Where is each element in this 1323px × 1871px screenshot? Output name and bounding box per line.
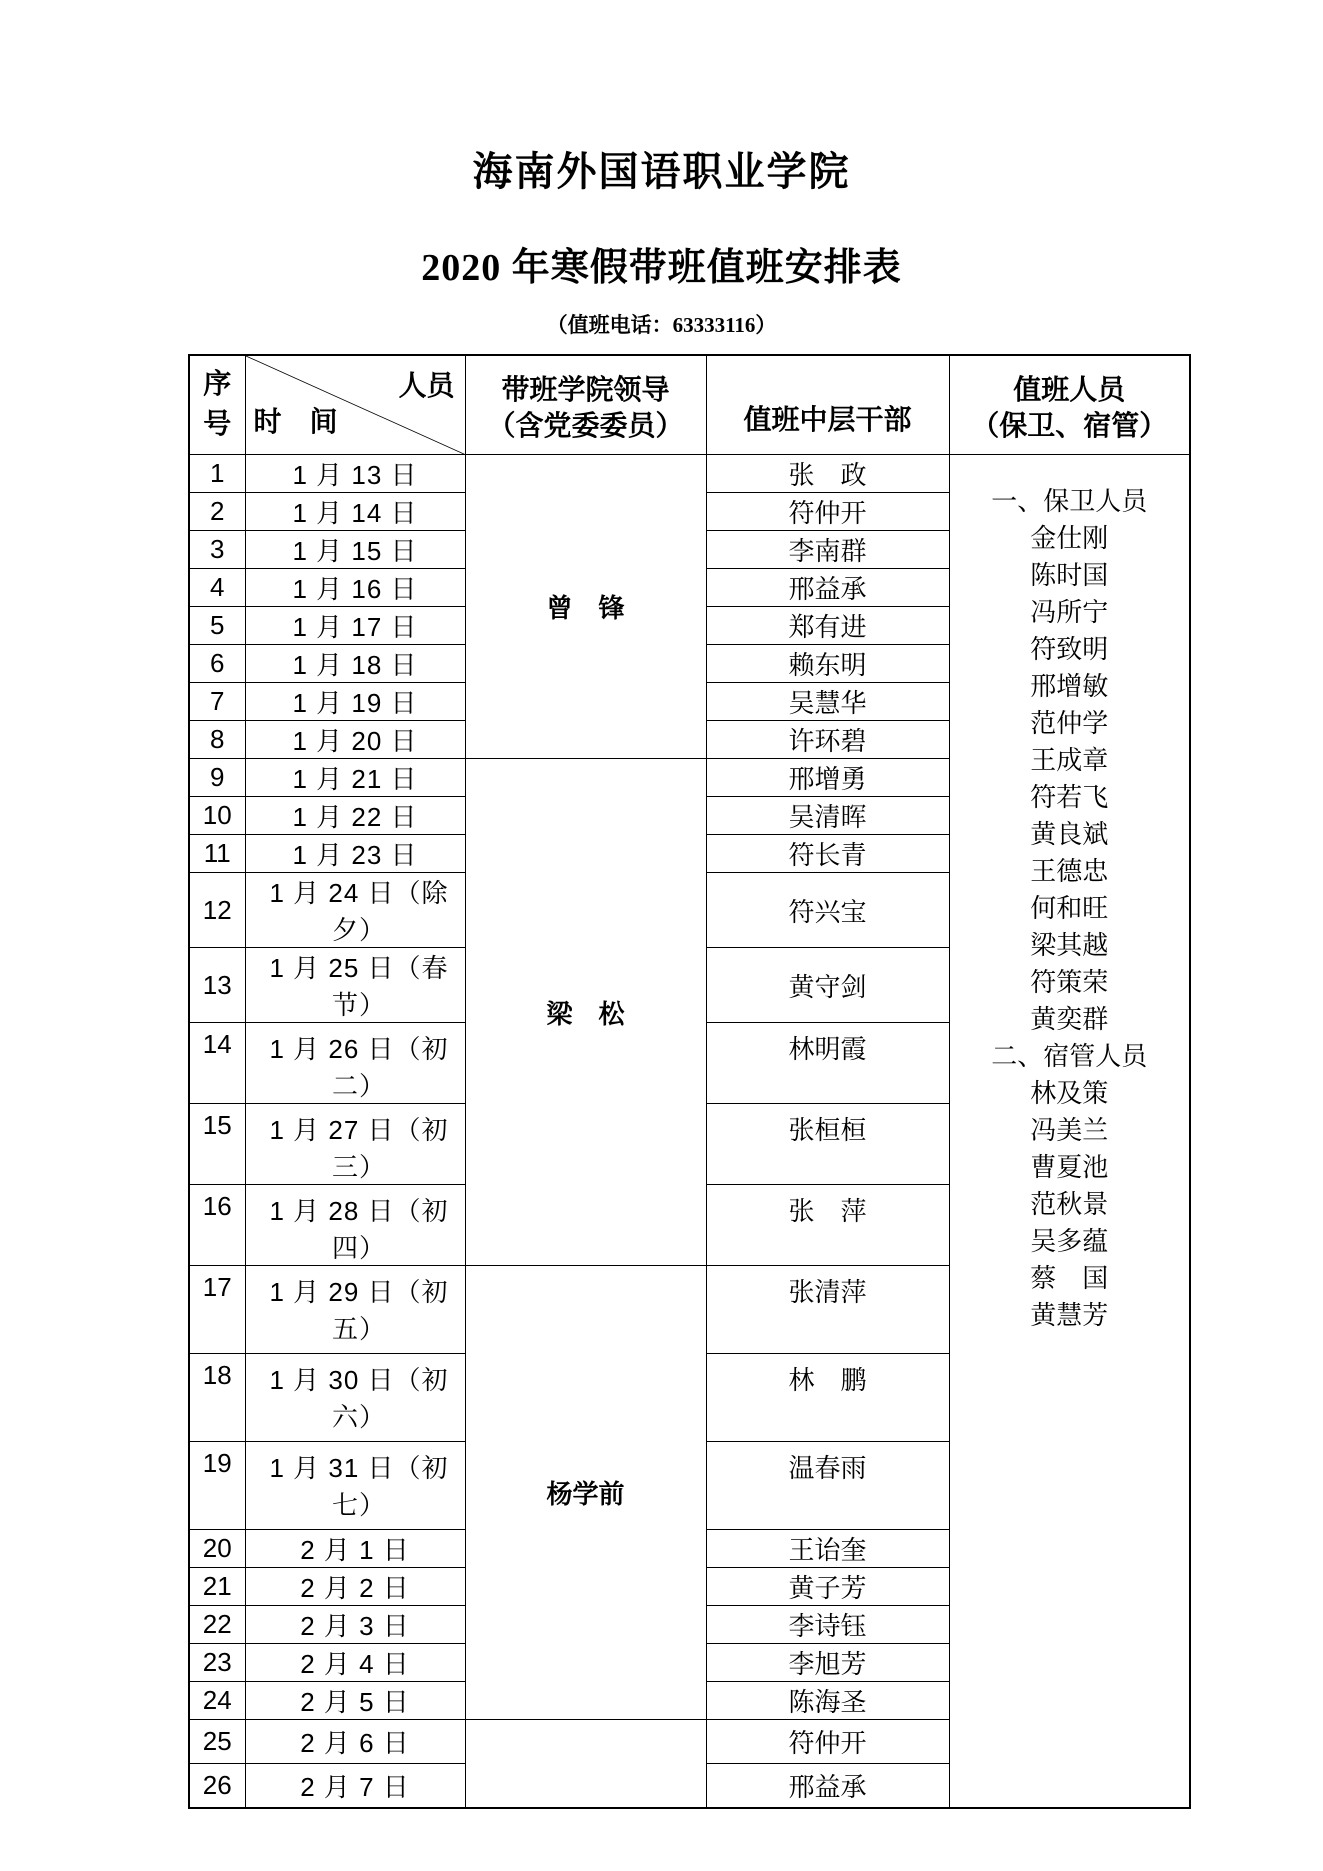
row-date: 1 月 24 日（除夕） <box>245 873 465 948</box>
row-cadre: 黄守剑 <box>706 948 949 1023</box>
personnel-line: 范仲学 <box>950 705 1190 742</box>
row-date: 1 月 28 日（初四） <box>245 1185 465 1266</box>
leader-name: 杨学前 <box>465 1266 706 1720</box>
row-cadre: 李旭芳 <box>706 1644 949 1682</box>
personnel-line: 黄良斌 <box>950 816 1190 853</box>
row-date: 2 月 1 日 <box>245 1530 465 1568</box>
row-cadre: 李诗钰 <box>706 1606 949 1644</box>
row-no: 20 <box>189 1530 245 1568</box>
personnel-line: 符致明 <box>950 631 1190 668</box>
leader-name: 梁 松 <box>465 759 706 1266</box>
personnel-line: 王德忠 <box>950 853 1190 890</box>
personnel-line: 符若飞 <box>950 779 1190 816</box>
row-date: 2 月 4 日 <box>245 1644 465 1682</box>
row-cadre: 邢益承 <box>706 1764 949 1808</box>
row-no: 5 <box>189 607 245 645</box>
row-no: 1 <box>189 455 245 493</box>
header-index-line1: 序 <box>190 365 245 405</box>
row-date: 1 月 13 日 <box>245 455 465 493</box>
row-no: 9 <box>189 759 245 797</box>
header-personnel-line2: （保卫、宿管） <box>950 409 1190 445</box>
row-date: 2 月 3 日 <box>245 1606 465 1644</box>
row-date: 1 月 29 日（初五） <box>245 1266 465 1354</box>
personnel-line: 符策荣 <box>950 964 1190 1001</box>
header-leader-line1: 带班学院领导 <box>466 373 706 409</box>
personnel-line: 曹夏池 <box>950 1149 1190 1186</box>
header-leader-line2: （含党委委员） <box>466 409 706 445</box>
row-no: 19 <box>189 1442 245 1530</box>
row-date: 1 月 22 日 <box>245 797 465 835</box>
row-no: 2 <box>189 493 245 531</box>
row-cadre: 吴慧华 <box>706 683 949 721</box>
row-cadre: 黄子芳 <box>706 1568 949 1606</box>
row-cadre: 郑有进 <box>706 607 949 645</box>
header-cadre: 值班中层干部 <box>706 355 949 455</box>
row-date: 1 月 16 日 <box>245 569 465 607</box>
row-date: 1 月 23 日 <box>245 835 465 873</box>
row-no: 18 <box>189 1354 245 1442</box>
row-no: 22 <box>189 1606 245 1644</box>
row-cadre: 吴清晖 <box>706 797 949 835</box>
row-no: 4 <box>189 569 245 607</box>
row-date: 1 月 14 日 <box>245 493 465 531</box>
header-personnel-line1: 值班人员 <box>950 373 1190 409</box>
personnel-line: 冯美兰 <box>950 1112 1190 1149</box>
row-date: 2 月 7 日 <box>245 1764 465 1808</box>
row-date: 1 月 31 日（初七） <box>245 1442 465 1530</box>
row-no: 16 <box>189 1185 245 1266</box>
personnel-line: 吴多蕴 <box>950 1223 1190 1260</box>
leader-name-empty <box>465 1720 706 1808</box>
doc-title: 海南外国语职业学院 <box>0 148 1323 196</box>
row-no: 7 <box>189 683 245 721</box>
row-cadre: 王诒奎 <box>706 1530 949 1568</box>
row-date: 1 月 15 日 <box>245 531 465 569</box>
header-row: 序 号 人员 时 间 带班学院领导 （含党委委员） 值班中层干部 值班人员 <box>189 355 1190 455</box>
row-cadre: 赖东明 <box>706 645 949 683</box>
personnel-line: 金仕刚 <box>950 520 1190 557</box>
row-date: 1 月 25 日（春节） <box>245 948 465 1023</box>
row-no: 15 <box>189 1104 245 1185</box>
header-personnel-label: 人员 <box>398 364 454 404</box>
duty-phone-note: （值班电话：63333116） <box>0 312 1323 339</box>
row-cadre: 符兴宝 <box>706 873 949 948</box>
row-date: 1 月 26 日（初二） <box>245 1023 465 1104</box>
row-no: 12 <box>189 873 245 948</box>
row-no: 13 <box>189 948 245 1023</box>
row-no: 21 <box>189 1568 245 1606</box>
row-no: 8 <box>189 721 245 759</box>
row-no: 23 <box>189 1644 245 1682</box>
row-date: 2 月 2 日 <box>245 1568 465 1606</box>
doc-subtitle: 2020 年寒假带班值班安排表 <box>0 246 1323 292</box>
row-no: 17 <box>189 1266 245 1354</box>
row-cadre: 符仲开 <box>706 1720 949 1764</box>
row-date: 1 月 20 日 <box>245 721 465 759</box>
row-no: 11 <box>189 835 245 873</box>
row-cadre: 林 鹏 <box>706 1354 949 1442</box>
row-cadre: 符长青 <box>706 835 949 873</box>
row-cadre: 张 政 <box>706 455 949 493</box>
row-no: 14 <box>189 1023 245 1104</box>
header-index: 序 号 <box>189 355 245 455</box>
row-cadre: 李南群 <box>706 531 949 569</box>
personnel-list: 一、保卫人员 金仕刚 陈时国 冯所宁 符致明 邢增敏 范仲学 王成章 符若飞 黄… <box>949 455 1190 1808</box>
personnel-line: 范秋景 <box>950 1186 1190 1223</box>
row-date: 1 月 21 日 <box>245 759 465 797</box>
document-page: 海南外国语职业学院 2020 年寒假带班值班安排表 （值班电话：63333116… <box>0 0 1323 1871</box>
header-time-label: 时 间 <box>254 400 338 440</box>
personnel-line: 黄奕群 <box>950 1001 1190 1038</box>
row-cadre: 符仲开 <box>706 493 949 531</box>
personnel-line: 黄慧芳 <box>950 1297 1190 1334</box>
row-date: 1 月 27 日（初三） <box>245 1104 465 1185</box>
row-cadre: 张桓桓 <box>706 1104 949 1185</box>
row-no: 3 <box>189 531 245 569</box>
row-cadre: 林明霞 <box>706 1023 949 1104</box>
personnel-line: 一、保卫人员 <box>950 483 1190 520</box>
row-cadre: 张 萍 <box>706 1185 949 1266</box>
row-cadre: 邢益承 <box>706 569 949 607</box>
row-cadre: 温春雨 <box>706 1442 949 1530</box>
personnel-line: 冯所宁 <box>950 594 1190 631</box>
row-no: 26 <box>189 1764 245 1808</box>
row-date: 1 月 19 日 <box>245 683 465 721</box>
personnel-line: 陈时国 <box>950 557 1190 594</box>
row-no: 10 <box>189 797 245 835</box>
row-cadre: 邢增勇 <box>706 759 949 797</box>
row-no: 25 <box>189 1720 245 1764</box>
personnel-line: 蔡 国 <box>950 1260 1190 1297</box>
personnel-line: 王成章 <box>950 742 1190 779</box>
table-row: 1 1 月 13 日 曾 锋 张 政 一、保卫人员 金仕刚 陈时国 冯所宁 符致… <box>189 455 1190 493</box>
row-date: 1 月 17 日 <box>245 607 465 645</box>
personnel-line: 林及策 <box>950 1075 1190 1112</box>
duty-schedule-table: 序 号 人员 时 间 带班学院领导 （含党委委员） 值班中层干部 值班人员 <box>188 354 1191 1809</box>
row-no: 24 <box>189 1682 245 1720</box>
row-cadre: 许环碧 <box>706 721 949 759</box>
row-date: 2 月 6 日 <box>245 1720 465 1764</box>
leader-name: 曾 锋 <box>465 455 706 759</box>
personnel-line: 邢增敏 <box>950 668 1190 705</box>
row-cadre: 陈海圣 <box>706 1682 949 1720</box>
row-date: 1 月 30 日（初六） <box>245 1354 465 1442</box>
personnel-line: 何和旺 <box>950 890 1190 927</box>
header-leader: 带班学院领导 （含党委委员） <box>465 355 706 455</box>
header-personnel: 值班人员 （保卫、宿管） <box>949 355 1190 455</box>
row-date: 1 月 18 日 <box>245 645 465 683</box>
header-index-line2: 号 <box>190 405 245 445</box>
row-cadre: 张清萍 <box>706 1266 949 1354</box>
personnel-line: 二、宿管人员 <box>950 1038 1190 1075</box>
row-no: 6 <box>189 645 245 683</box>
personnel-line: 梁其越 <box>950 927 1190 964</box>
row-date: 2 月 5 日 <box>245 1682 465 1720</box>
header-diagonal-cell: 人员 时 间 <box>245 355 465 455</box>
